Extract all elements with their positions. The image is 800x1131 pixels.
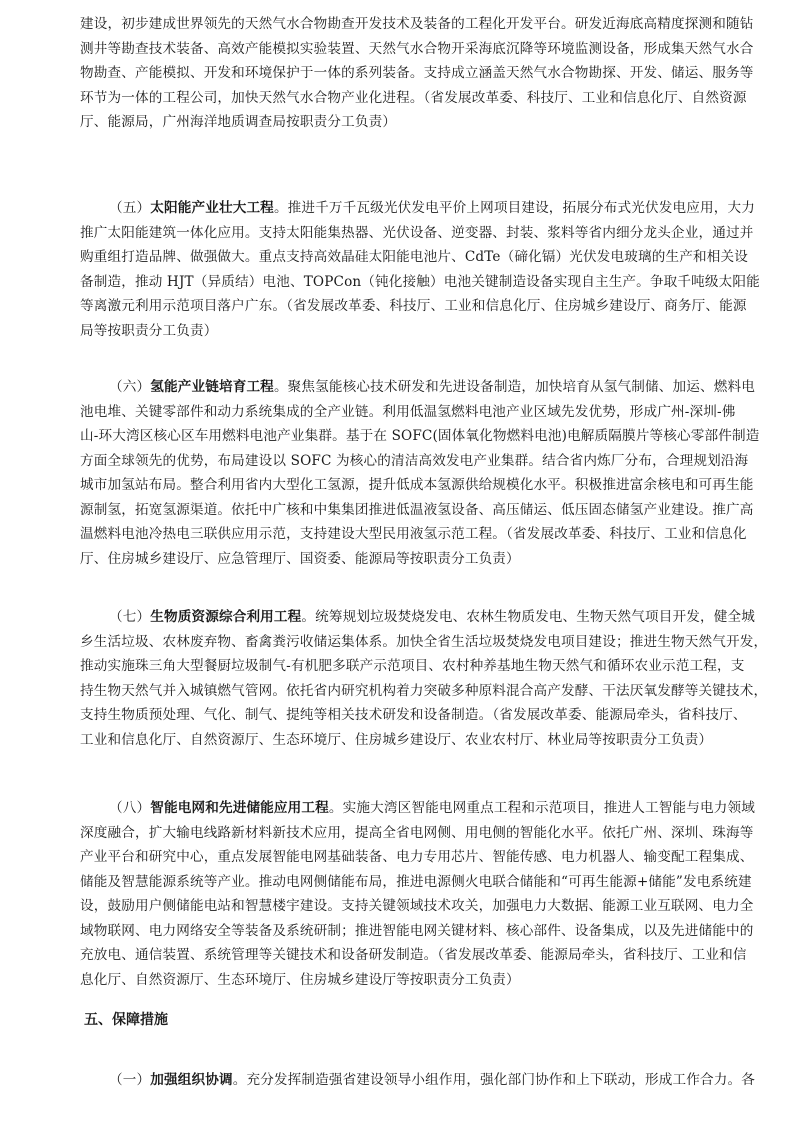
text-line: 温燃料电池冷热电三联供应用示范，支持建设大型民用液氢示范工程。（省发展改革委、科… — [80, 522, 770, 547]
text-line: 充放电、通信装置、系统管理等关键技术和设备研发制造。（省发展改革委、能源局牵头，… — [80, 943, 770, 968]
text-line: 推动实施珠三角大型餐厨垃圾制气-有机肥多联产示范项目、农村种养基地生物天然气和循… — [80, 654, 770, 679]
text-line: 方面全球领先的优势，布局建设以 SOFC 为核心的清洁高效发电产业集群。结合省内… — [80, 449, 770, 474]
text-line: 域物联网、电力网络安全等装备及系统研制；推进智能电网关键材料、核心部件、设备集成… — [80, 919, 770, 944]
text-line: 厅、能源局，广州海洋地质调查局按职责分工负责） — [80, 110, 770, 135]
item-title: 加强组织协调 — [150, 1072, 232, 1088]
item-text: 。聚焦氢能核心技术研发和先进设备制造，加快培育从氢气制储、加运、燃料电 — [274, 379, 755, 395]
text-line: 物勘查、产能模拟、开发和环境保护于一体的系列装备。支持成立涵盖天然气水合物勘探、… — [80, 61, 770, 86]
text-line: 息化厅、自然资源厅、生态环境厅、住房城乡建设厅等按职责分工负责） — [80, 968, 770, 993]
text-line-first: （七）生物质资源综合利用工程。统筹规划垃圾焚烧发电、农林生物质发电、生物天然气项… — [80, 605, 770, 630]
item-text: 。充分发挥制造强省建设领导小组作用，强化部门协作和上下联动，形成工作合力。各 — [233, 1072, 755, 1088]
text-line: 持生物天然气并入城镇燃气管网。依托省内研究机构着力突破多种原料混合高产发酵、干法… — [80, 679, 770, 704]
text-line: 等离激元利用示范项目落户广东。（省发展改革委、科技厅、工业和信息化厅、住房城乡建… — [80, 294, 770, 319]
text-line-first: （六）氢能产业链培育工程。聚焦氢能核心技术研发和先进设备制造，加快培育从氢气制储… — [80, 375, 770, 400]
item-text: 。推进千万千瓦级光伏发电平价上网项目建设，拓展分布式光伏发电应用，大力 — [274, 200, 755, 216]
text-line: 储能及智慧能源系统等产业。推动电网侧储能布局，推进电源侧火电联合储能和“可再生能… — [80, 870, 770, 895]
paragraph-organization: （一）加强组织协调。充分发挥制造强省建设领导小组作用，强化部门协作和上下联动，形… — [80, 1068, 770, 1093]
text-line: 池电堆、关键零部件和动力系统集成的全产业链。利用低温氢燃料电池产业区域先发优势，… — [80, 400, 770, 425]
section-heading: 五、保障措施 — [84, 1008, 168, 1032]
item-number: （一） — [109, 1072, 150, 1088]
paragraph-biomass: （七）生物质资源综合利用工程。统筹规划垃圾焚烧发电、农林生物质发电、生物天然气项… — [80, 605, 770, 752]
paragraph-solar: （五）太阳能产业壮大工程。推进千万千瓦级光伏发电平价上网项目建设，拓展分布式光伏… — [80, 196, 770, 343]
text-line: 山-环大湾区核心区车用燃料电池产业集群。基于在 SOFC(固体氧化物燃料电池)电… — [80, 424, 770, 449]
text-line: 源制氢，拓宽氢源渠道。依托中广核和中集集团推进低温液氢设备、高压储运、低压固态储… — [80, 498, 770, 523]
text-line-first: （五）太阳能产业壮大工程。推进千万千瓦级光伏发电平价上网项目建设，拓展分布式光伏… — [80, 196, 770, 221]
text-line: 工业和信息化厅、自然资源厅、生态环境厅、住房城乡建设厅、农业农村厅、林业局等按职… — [80, 728, 770, 753]
text-line: 产业平台和研究中心，重点发展智能电网基础装备、电力专用芯片、智能传感、电力机器人… — [80, 845, 770, 870]
text-line: 推广太阳能建筑一体化应用。支持太阳能集热器、光伏设备、逆变器、封装、浆料等省内细… — [80, 221, 770, 246]
item-title: 氢能产业链培育工程 — [150, 379, 274, 395]
text-line: 局等按职责分工负责） — [80, 319, 770, 344]
text-line: 购重组打造品牌、做强做大。重点支持高效晶硅太阳能电池片、CdTe（碲化镉）光伏发… — [80, 245, 770, 270]
document-page: 建设，初步建成世界领先的天然气水合物勘查开发技术及装备的工程化开发平台。研发近海… — [0, 0, 800, 1131]
text-line: 乡生活垃圾、农林废弃物、畜禽粪污收储运集体系。加快全省生活垃圾焚烧发电项目建设；… — [80, 630, 770, 655]
item-number: （七） — [109, 609, 150, 625]
item-number: （八） — [109, 800, 150, 816]
paragraph-smart-grid: （八）智能电网和先进储能应用工程。实施大湾区智能电网重点工程和示范项目，推进人工… — [80, 796, 770, 992]
text-line: 设，鼓励用户侧储能电站和智慧楼宇建设。支持关键领域技术攻关，加强电力大数据、能源… — [80, 894, 770, 919]
text-line: 测井等勘查技术装备、高效产能模拟实验装置、天然气水合物开采海底沉降等环境监测设备… — [80, 37, 770, 62]
item-number: （六） — [109, 379, 150, 395]
item-text: 。实施大湾区智能电网重点工程和示范项目，推进人工智能与电力领域 — [329, 800, 755, 816]
item-title: 太阳能产业壮大工程 — [150, 200, 274, 216]
paragraph-hydrogen: （六）氢能产业链培育工程。聚焦氢能核心技术研发和先进设备制造，加快培育从氢气制储… — [80, 375, 770, 571]
text-line: 深度融合，扩大输电线路新材料新技术应用，提高全省电网侧、用电侧的智能化水平。依托… — [80, 821, 770, 846]
paragraph-hydrate-continuation: 建设，初步建成世界领先的天然气水合物勘查开发技术及装备的工程化开发平台。研发近海… — [80, 12, 770, 135]
item-title: 智能电网和先进储能应用工程 — [150, 800, 329, 816]
text-line: 厅、住房城乡建设厅、应急管理厅、国资委、能源局等按职责分工负责） — [80, 547, 770, 572]
text-line: 支持生物质预处理、气化、制气、提纯等相关技术研发和设备制造。（省发展改革委、能源… — [80, 703, 770, 728]
item-text: 。统筹规划垃圾焚烧发电、农林生物质发电、生物天然气项目开发，健全城 — [301, 609, 755, 625]
text-line-first: （八）智能电网和先进储能应用工程。实施大湾区智能电网重点工程和示范项目，推进人工… — [80, 796, 770, 821]
item-number: （五） — [109, 200, 150, 216]
text-line: 城市加氢站布局。整合利用省内大型化工氢源，提升低成本氢源供给规模化水平。积极推进… — [80, 473, 770, 498]
item-title: 生物质资源综合利用工程 — [150, 609, 301, 625]
text-line: 环节为一体的工程公司，加快天然气水合物产业化进程。（省发展改革委、科技厅、工业和… — [80, 86, 770, 111]
text-line: 备制造，推动 HJT（异质结）电池、TOPCon（钝化接触）电池关键制造设备实现… — [80, 270, 770, 295]
text-line: 建设，初步建成世界领先的天然气水合物勘查开发技术及装备的工程化开发平台。研发近海… — [80, 12, 770, 37]
text-line-first: （一）加强组织协调。充分发挥制造强省建设领导小组作用，强化部门协作和上下联动，形… — [80, 1068, 770, 1093]
